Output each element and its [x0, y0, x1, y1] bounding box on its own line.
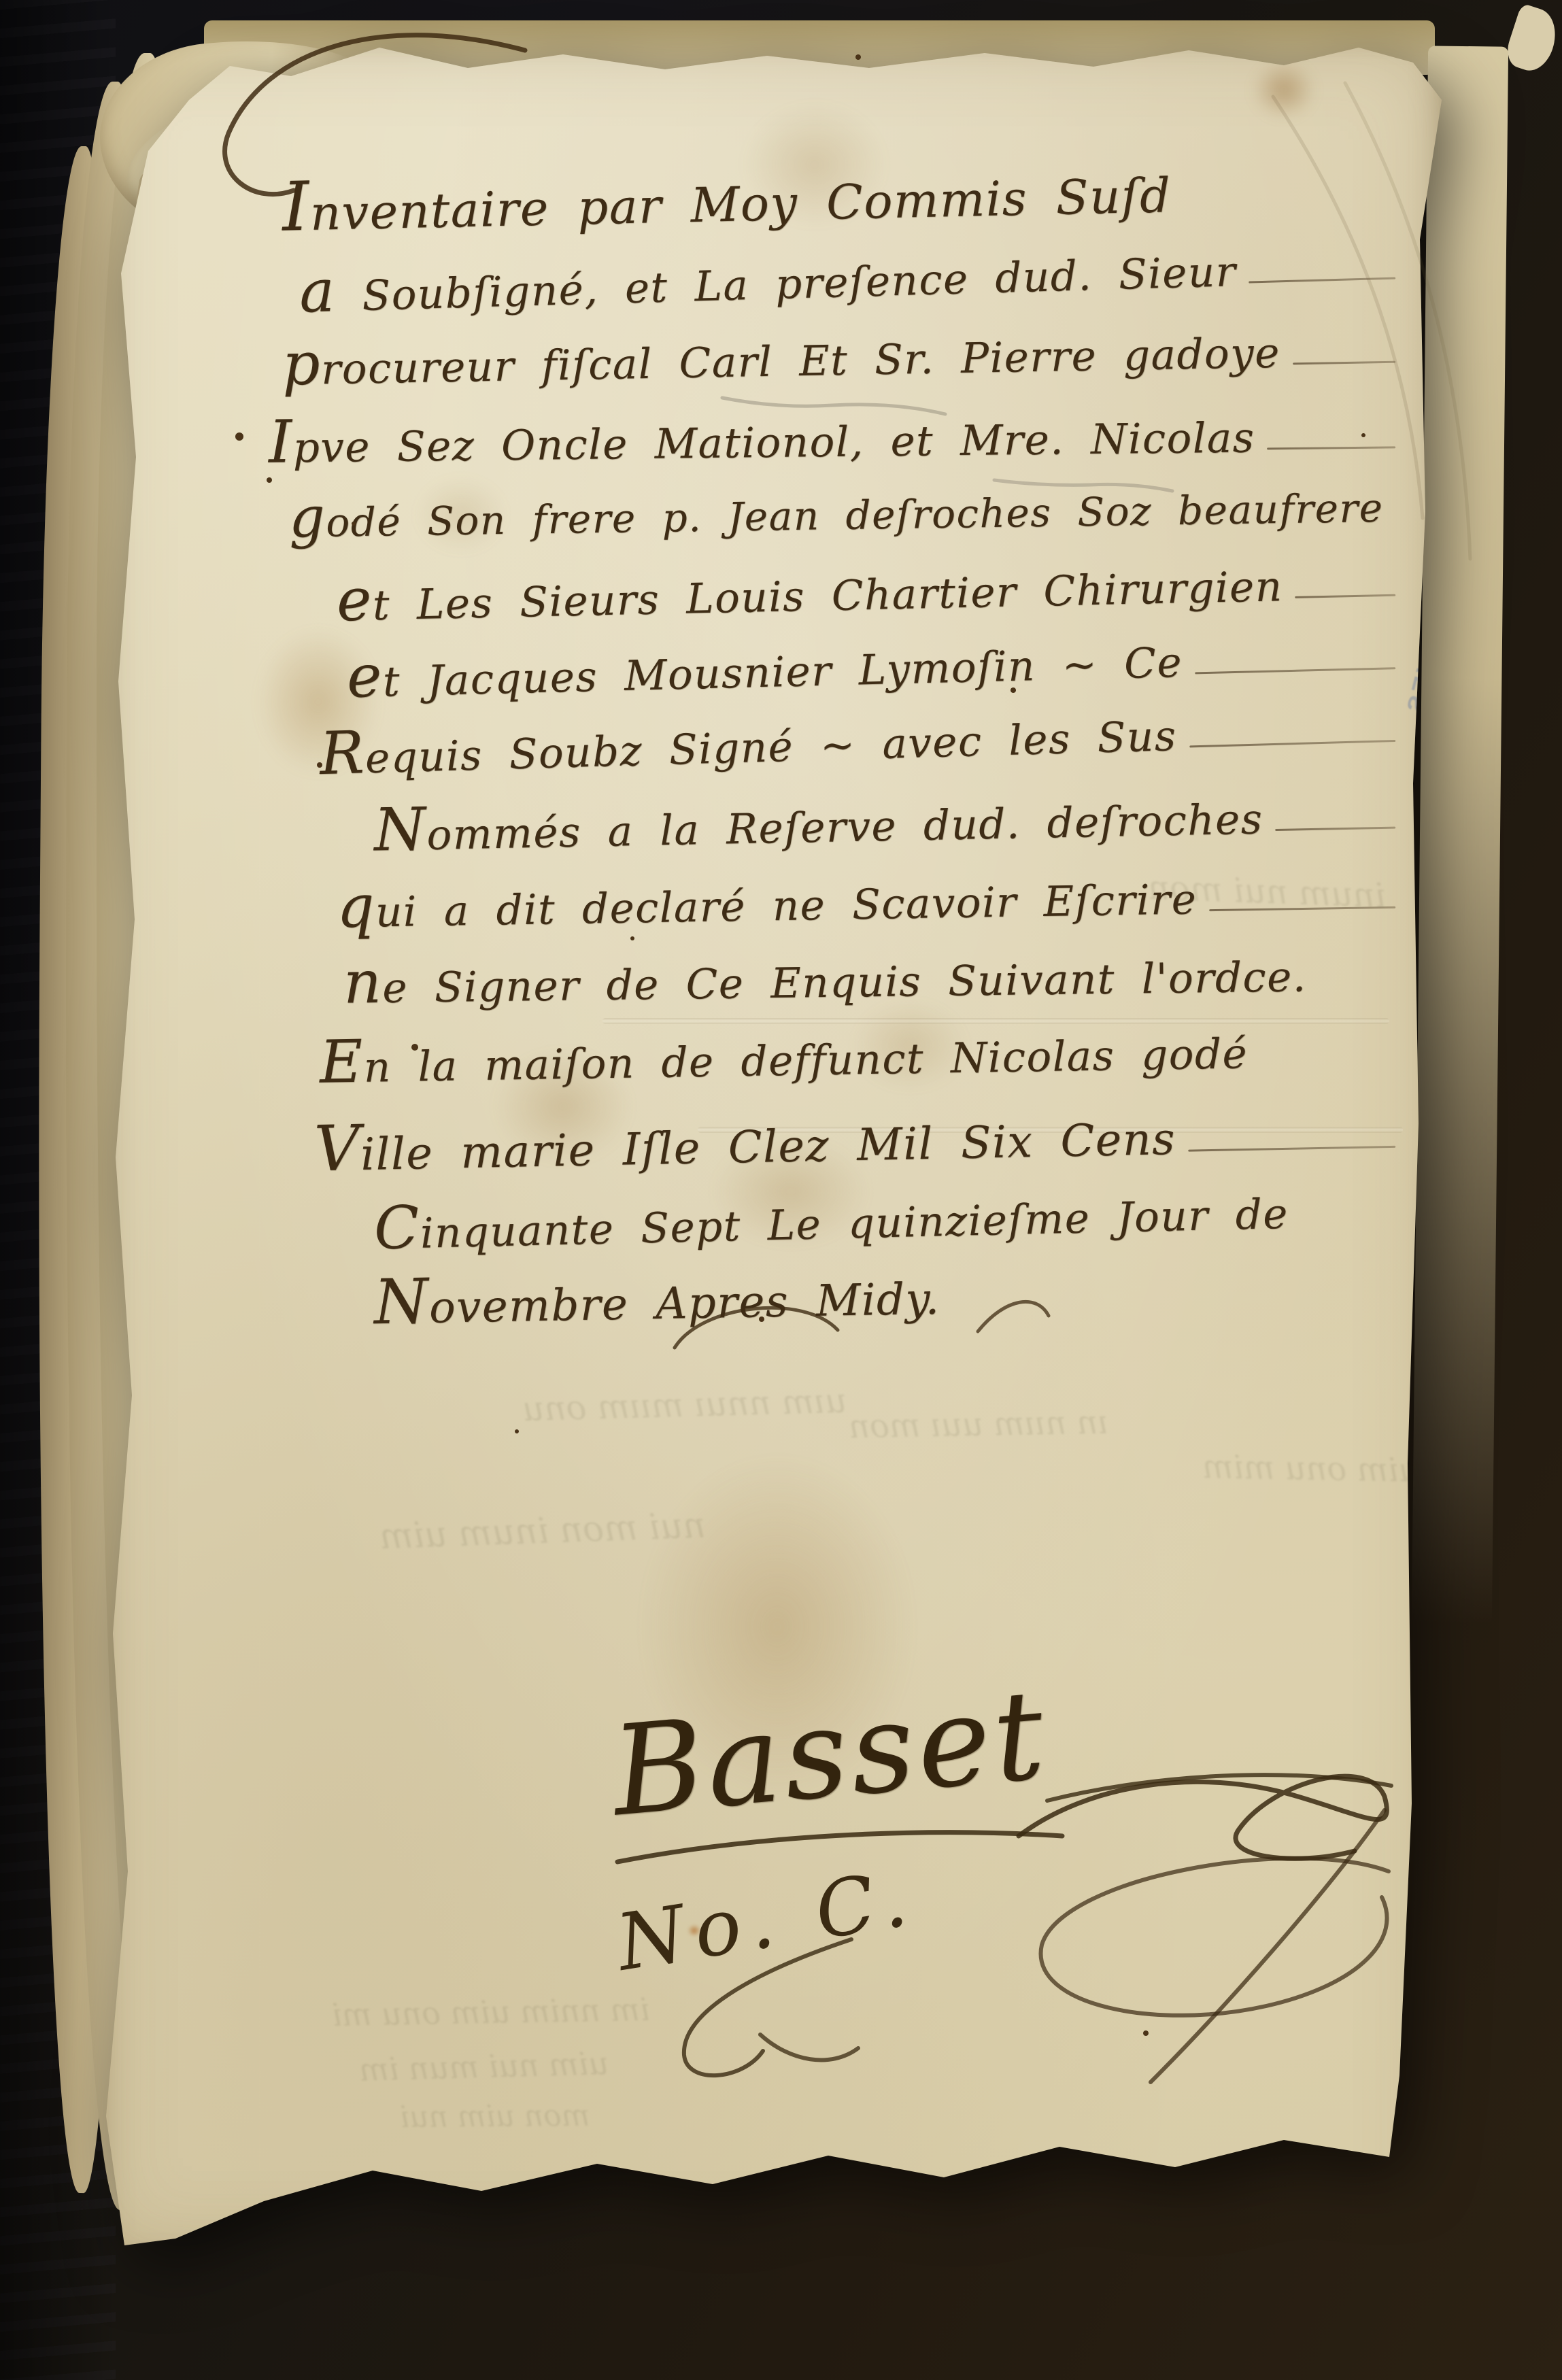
bleed-through-line: im nnim uim onu mi	[332, 1991, 651, 2033]
photograph-of-manuscript: ARCHIVES Inventaire par Moy Commis Suſda…	[0, 0, 1562, 2380]
bleed-through-line: uim onu mim	[1202, 1448, 1420, 1490]
bleed-through-line: nui mon inum uim	[379, 1506, 706, 1558]
bleed-through-line: uım nnuı mıım onu	[522, 1381, 847, 1429]
bleed-through-line: mon uim nui	[400, 2098, 590, 2135]
manuscript-page: ARCHIVES Inventaire par Moy Commis Suſda…	[87, 35, 1444, 2262]
bleed-through-line: uim nui mun im	[358, 2045, 609, 2088]
page-shadow-wrap: ARCHIVES Inventaire par Moy Commis Suſda…	[0, 0, 1562, 2380]
bleed-through-line: inum nui mon	[1147, 868, 1387, 915]
bleed-through-line: ın nıım uuı mon	[849, 1404, 1109, 1446]
